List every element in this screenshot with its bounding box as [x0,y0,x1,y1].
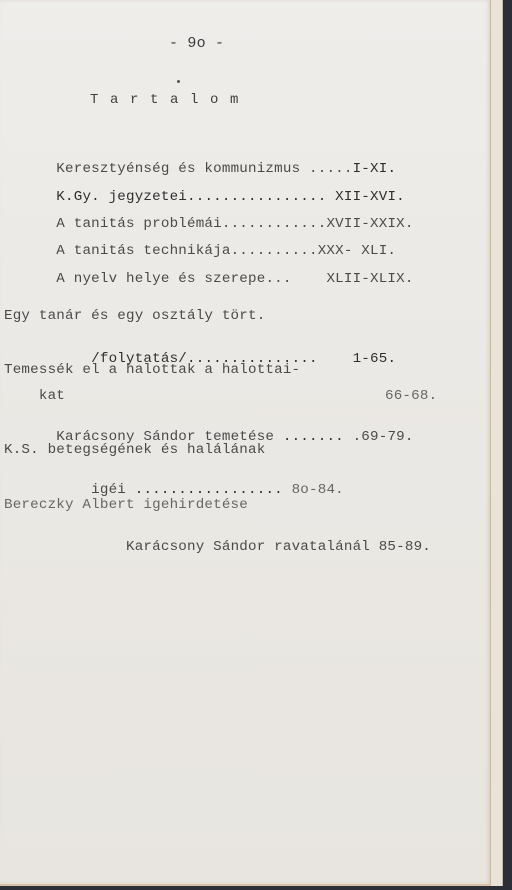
toc-entry-title-line: kat [4,389,65,403]
toc-entry-leader: ................. [126,482,292,498]
toc-entry-title-line: Temessék el a halottak a halottai- [4,363,300,377]
toc-entry-title-line: Bereczky Albert igehirdetése [4,498,248,512]
toc-entry: A nyelv helye és szerepe... XLII-XLIX. [4,258,414,301]
toc-entry-leader: ..... [300,161,352,177]
photographed-page: - 9o - Tartalom Keresztyénség és kommuni… [0,0,512,890]
toc-entry-pages: I-XI. [353,161,397,177]
toc-entry-title: Keresztyénség és kommunizmus [56,161,300,177]
toc-entry-title-line: Egy tanár és egy osztály tört. [4,309,265,323]
toc-entry-pages: XXX- XLI. [318,243,396,259]
page-number: - 9o - [169,36,224,51]
toc-entry-pages: 85-89. [379,539,431,555]
toc-entry-title: A tanitás technikája [56,243,230,259]
typewritten-page: - 9o - Tartalom Keresztyénség és kommuni… [0,0,491,886]
toc-entry-leader: ....... [274,429,352,445]
toc-entry-pages: .69-79. [353,429,414,445]
toc-entry-title: A nyelv helye és szerepe [56,271,265,287]
toc-entry-pages: 66-68. [385,389,437,403]
toc-entry-pages: 1-65. [353,351,397,367]
ink-speck [177,80,180,83]
toc-entry: Karácsony Sándor ravatalánál 85-89. [4,526,431,569]
toc-entry-pages: XLII-XLIX. [326,271,413,287]
toc-entry-pages: 8o-84. [292,482,344,498]
page-title: Tartalom [90,93,250,107]
toc-entry-title-line: K.S. betegségének és halálának [4,443,265,457]
toc-entry-leader [370,539,379,555]
toc-entry-title: Karácsony Sándor ravatalánál [56,539,370,555]
toc-entry-leader: .......... [231,243,318,259]
toc-entry-title: igéi [56,482,126,498]
toc-entry-leader: ... [265,271,326,287]
